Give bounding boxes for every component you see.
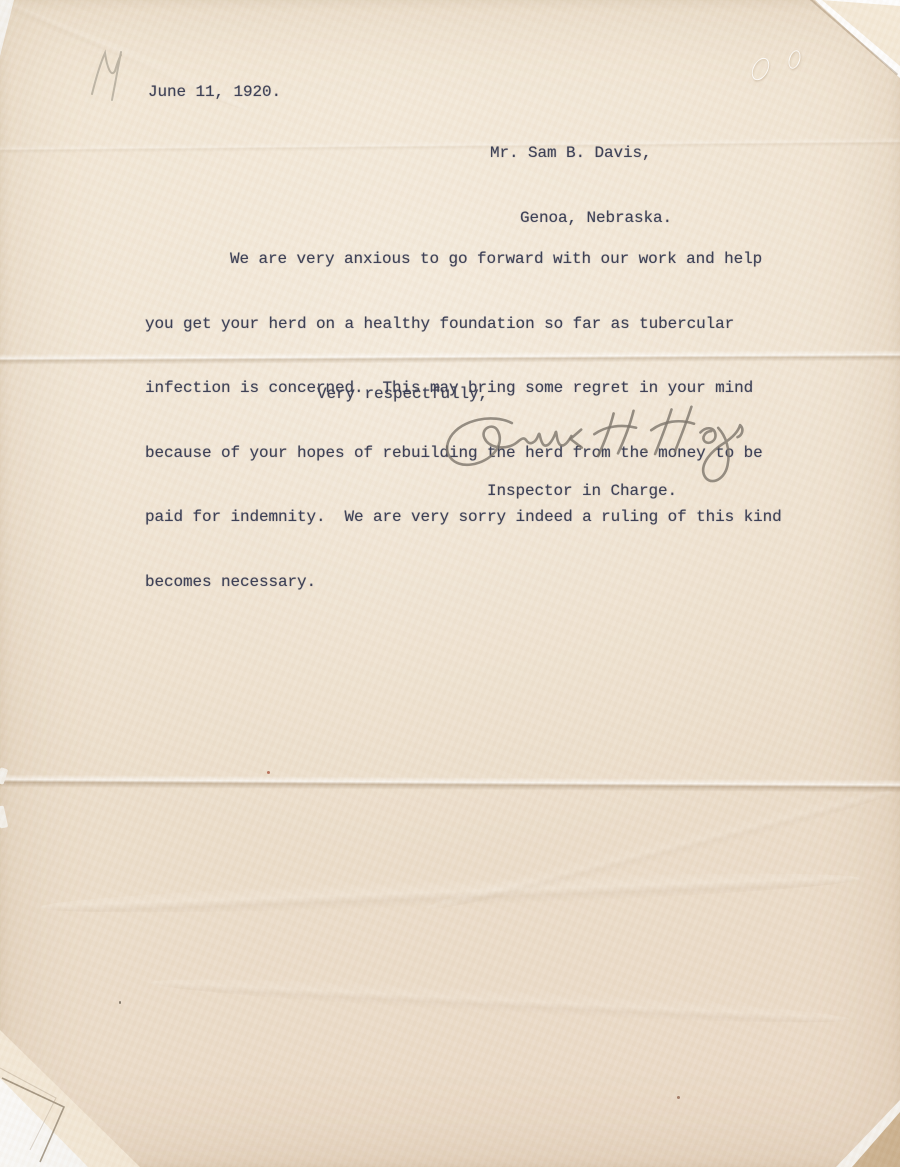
scan-background: June 11, 1920. Mr. Sam B. Davis, Genoa, … — [0, 0, 900, 1167]
paper-speck — [267, 771, 270, 774]
paper-dent — [786, 49, 802, 70]
paper-wrinkle — [425, 782, 896, 918]
fold-crease-lower — [0, 774, 900, 793]
body-line: We are very anxious to go forward with o… — [145, 249, 825, 271]
body-line: you get your herd on a healthy foundatio… — [145, 314, 825, 336]
fold-crease-faint — [0, 137, 900, 154]
paper-wrinkle — [40, 866, 860, 921]
closing-salutation: Very respectfully, — [317, 384, 488, 406]
recipient-name: Mr. Sam B. Davis, — [490, 143, 672, 165]
edge-tear — [0, 805, 8, 828]
signature-title: Inspector in Charge. — [487, 481, 677, 503]
body-line: paid for indemnity. We are very sorry in… — [145, 507, 825, 529]
corner-fold-line-top-right — [805, 0, 898, 76]
paper-speck — [119, 1001, 121, 1004]
body-line: becomes necessary. — [145, 572, 825, 594]
paper-dent — [748, 55, 773, 83]
letter-page: June 11, 1920. Mr. Sam B. Davis, Genoa, … — [0, 0, 900, 1167]
pencil-scribble — [88, 48, 136, 108]
paper-wrinkle — [150, 972, 850, 1031]
edge-tear — [0, 767, 8, 785]
paper-speck — [677, 1096, 680, 1099]
letter-date: June 11, 1920. — [148, 82, 281, 104]
